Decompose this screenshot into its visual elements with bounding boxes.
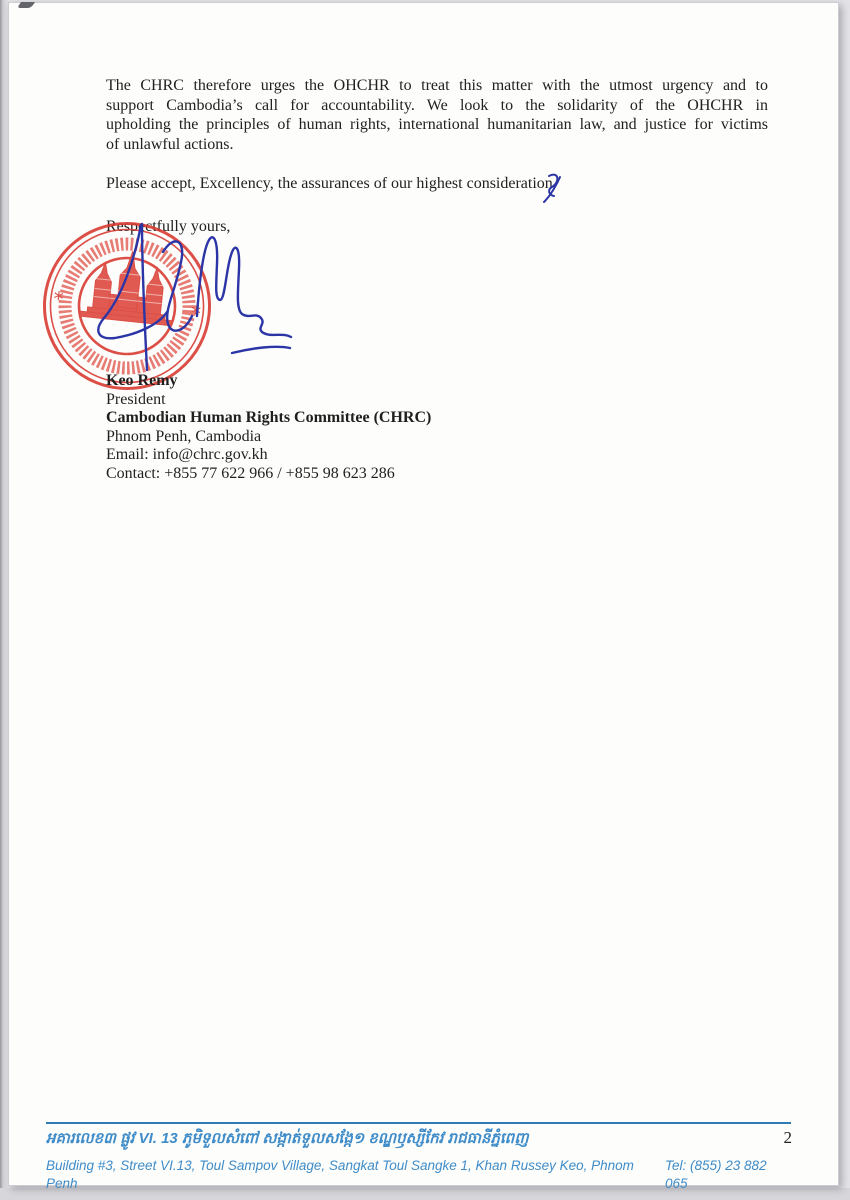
- footer-divider: [46, 1122, 791, 1124]
- signatory-name: Keo Remy: [106, 372, 431, 391]
- signatory-organization: Cambodian Human Rights Committee (CHRC): [106, 409, 431, 428]
- footer-tel: Tel: (855) 23 882 065: [665, 1157, 792, 1193]
- signatory-location: Phnom Penh, Cambodia: [106, 428, 431, 447]
- signatory-email: Email: info@chrc.gov.kh: [106, 446, 431, 465]
- paragraph-line: of unlawful actions.: [106, 135, 768, 155]
- paragraph-assurances: Please accept, Excellency, the assurance…: [106, 174, 768, 194]
- pen-flourish-mark: [540, 169, 568, 207]
- footer-row-english: Building #3, Street VI.13, Toul Sampov V…: [46, 1157, 792, 1193]
- scan-artifact: [17, 2, 35, 8]
- footer-address-english: Building #3, Street VI.13, Toul Sampov V…: [46, 1157, 665, 1193]
- signature-ink-scribble: [86, 212, 301, 374]
- paragraph-urgency: The CHRC therefore urges the OHCHR to tr…: [106, 76, 768, 154]
- paragraph-line: The CHRC therefore urges the OHCHR to tr…: [106, 76, 768, 96]
- page-number: 2: [784, 1127, 793, 1149]
- footer-row-khmer: អគារលេខ៣ ផ្លូវ VI. 13 ភូមិទួលសំពៅ សង្កាត…: [46, 1127, 792, 1151]
- signatory-title: President: [106, 391, 431, 410]
- document-page: The CHRC therefore urges the OHCHR to tr…: [8, 2, 839, 1186]
- signatory-contact: Contact: +855 77 622 966 / +855 98 623 2…: [106, 465, 431, 484]
- footer-address-khmer: អគារលេខ៣ ផ្លូវ VI. 13 ភូមិទួលសំពៅ សង្កាត…: [46, 1127, 528, 1151]
- paragraph-line: support Cambodia’s call for accountabili…: [106, 96, 768, 116]
- signatory-block: Keo Remy President Cambodian Human Right…: [106, 372, 431, 484]
- paragraph-line: upholding the principles of human rights…: [106, 115, 768, 135]
